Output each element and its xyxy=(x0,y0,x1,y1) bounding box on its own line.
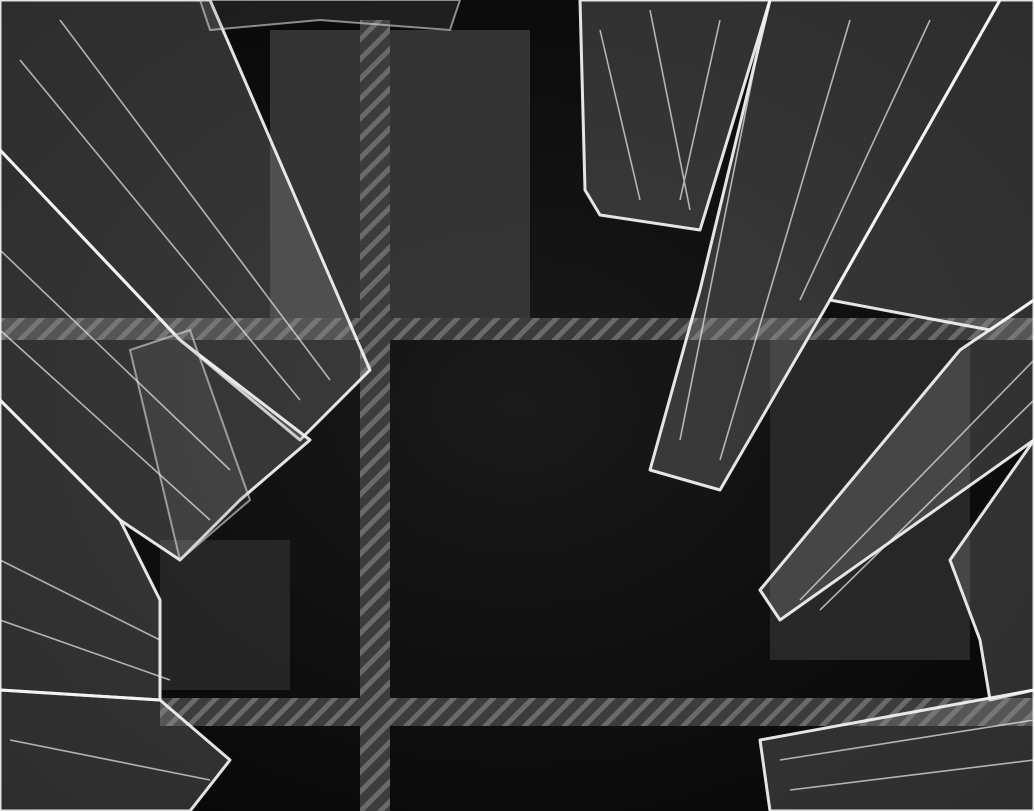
back-panel xyxy=(160,540,290,690)
glass-rebar-illustration xyxy=(0,0,1034,811)
rebar-vertical xyxy=(360,20,390,811)
photo-shattered-glass xyxy=(0,0,1034,811)
